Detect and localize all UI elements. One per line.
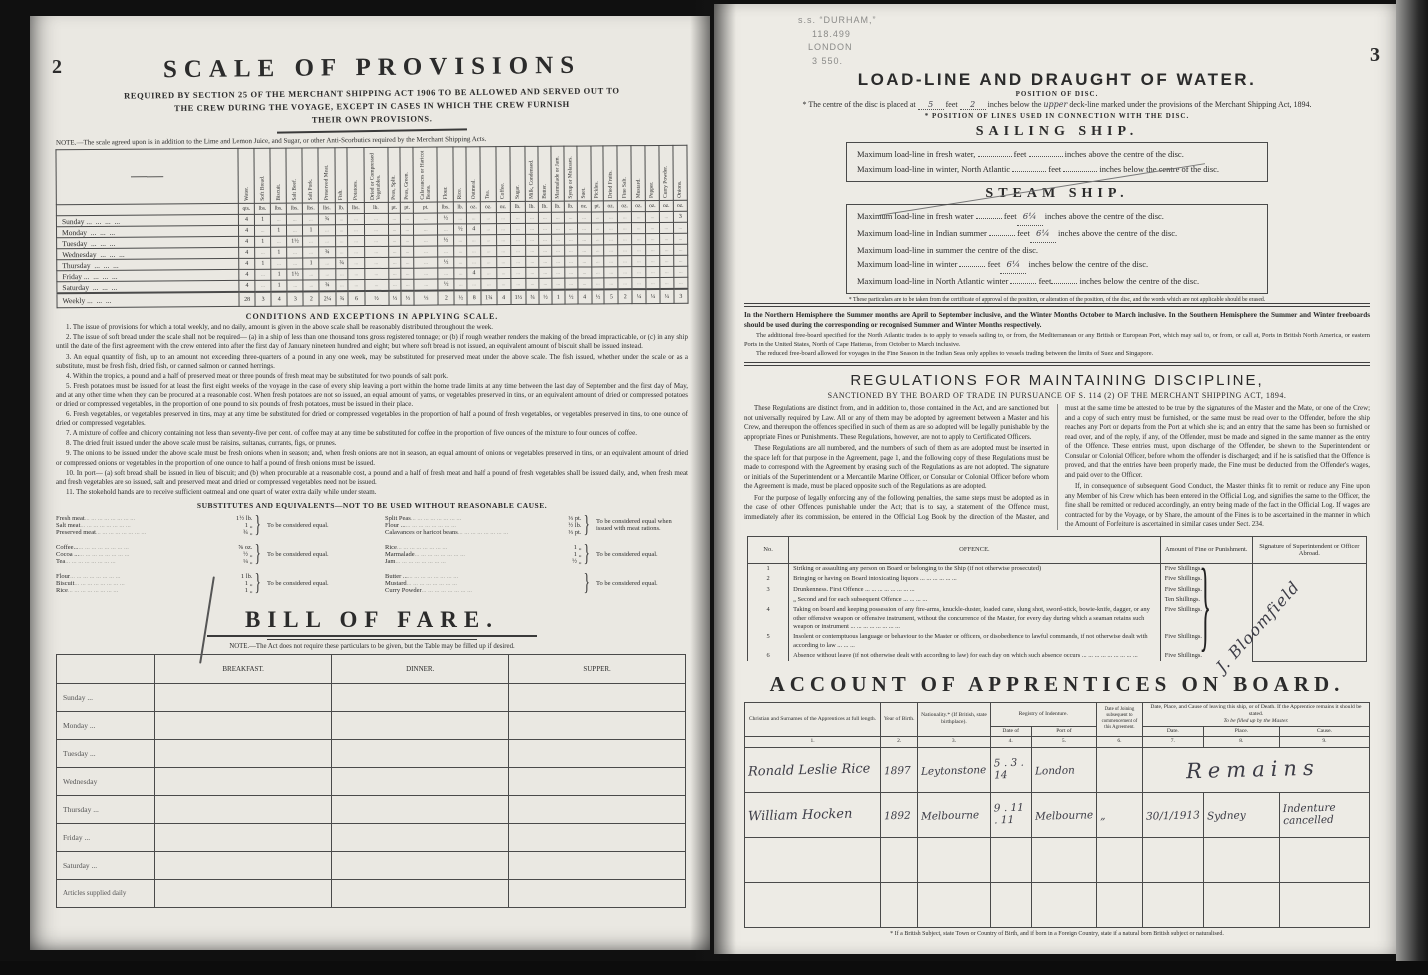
column-header-label: Peas, Split. — [391, 150, 397, 200]
quantity-cell: ... — [604, 267, 618, 278]
quantity-cell: ... — [335, 280, 348, 292]
quantity-cell: ... — [454, 268, 467, 279]
quantity-cell: ... — [364, 225, 388, 236]
quantity-cell: ... — [674, 256, 688, 267]
joining-date: „ — [1096, 792, 1142, 837]
position-of-disc-label: POSITION OF DISC. — [744, 90, 1370, 98]
bof-empty-cell — [509, 851, 686, 879]
quantity-cell: ... — [271, 258, 287, 269]
equivalents-row: Rice ... ... ... ... ... ... ... ...1 „ — [385, 544, 581, 551]
condition-item: 9. The onions to be issued under the abo… — [56, 449, 688, 467]
scan-edge-right — [1396, 0, 1428, 975]
leader-dots: ... ... ... ... ... ... ... ... — [395, 558, 569, 565]
centre-line-mid1: feet — [946, 100, 958, 109]
quantity-cell: 1 — [255, 258, 271, 269]
weekly-quantity-cell: ¼ — [646, 289, 660, 304]
inches-value-handwritten: 6¼ — [1000, 258, 1026, 274]
column-header-label: Preserved Meat. — [323, 151, 329, 201]
condition-item: 6. Fresh vegetables, or vegetables prese… — [56, 410, 688, 428]
quantity-cell: ... — [348, 214, 364, 225]
quantity-cell: ... — [591, 278, 604, 290]
group-brace: } — [255, 512, 261, 539]
quantity-cell: ... — [454, 235, 467, 246]
quantity-cell: 3 — [673, 212, 687, 223]
quantity-cell: ... — [632, 278, 646, 290]
weekly-quantity-cell: 4 — [271, 292, 287, 307]
scale-subtitle-line3: THEIR OWN PROVISIONS. — [312, 113, 433, 124]
quantity-cell: ... — [551, 212, 564, 223]
leaving-cause — [1279, 837, 1369, 882]
weekly-quantity-cell: 3 — [674, 289, 688, 304]
quantity-cell: ... — [632, 267, 646, 278]
unit-cell: lb. — [564, 201, 577, 212]
unit-cell: lbs. — [287, 203, 303, 214]
apprentice-year — [881, 837, 918, 882]
weekly-total-row: Weekly ... ... ...2834322¼¾6½⅓⅓⅓2½81¾41½… — [57, 289, 688, 308]
regulations-text: These Regulations are distinct from, and… — [744, 404, 1370, 530]
quantity-cell: 1 — [303, 225, 319, 236]
quantity-cell: ½ — [438, 235, 454, 246]
quantity-cell: ... — [287, 225, 303, 236]
blank-feet — [976, 218, 1002, 219]
column-header-label: Soft Bread. — [259, 151, 265, 201]
column-header-label: Milk, Condensed. — [529, 149, 535, 199]
centre-of-disc-line: * The centre of the disc is placed at 5 … — [744, 100, 1370, 110]
column-header-label: Dried or Compressed Vegetables. — [369, 150, 381, 200]
quantity-cell: 4 — [239, 281, 255, 293]
leader-dots: ... ... ... ... ... ... ... ... — [65, 558, 240, 565]
column-header-label: Syrup or Molasses. — [567, 149, 573, 199]
equivalents-row: Flour ... ... ... ... ... ... ... ... ..… — [385, 522, 581, 529]
unit-cell: qts. — [238, 204, 254, 215]
quantity-cell: ... — [481, 213, 497, 224]
bof-empty-cell — [509, 879, 686, 907]
quantity-cell: ... — [364, 247, 388, 258]
quantity-cell: ... — [577, 234, 591, 245]
item-name: Salt meat — [56, 522, 80, 529]
quantity-cell: ½ — [438, 257, 454, 268]
quantity-cell: ... — [604, 256, 618, 267]
blank-feet — [1010, 283, 1036, 284]
condition-item: 3. An equal quantity of fish, up to an a… — [56, 353, 688, 371]
quantity-cell: ... — [539, 245, 552, 256]
column-number: 7. — [1142, 736, 1203, 747]
column-header: Fine Salt. — [617, 146, 631, 201]
column-number: 5. — [1031, 736, 1096, 747]
unit-cell: lbs. — [319, 203, 335, 214]
steam-line: Maximum load-line in winter feet6¼ inche… — [857, 257, 1257, 274]
joining-date — [1096, 837, 1142, 882]
bof-empty-cell — [155, 739, 332, 767]
bof-day-row: Wednesday — [57, 767, 686, 795]
weekly-quantity-cell: ¾ — [336, 291, 349, 306]
item-value: 1 „ — [242, 587, 253, 594]
apprentices-column-header: Port of — [1031, 726, 1096, 736]
offence-text: Bringing or having on Board intoxicating… — [789, 574, 1161, 584]
item-name: Biscuit — [56, 580, 74, 587]
quantity-cell: 4 — [238, 226, 254, 237]
leaving-place-handwriting: Sydney — [1207, 809, 1246, 822]
equivalents-row: Salt meat ... ... ... ... ... ... ... ..… — [56, 522, 252, 529]
quantity-cell: ... — [660, 256, 674, 267]
bof-header-row: BREAKFAST.DINNER.SUPPER. — [57, 654, 686, 683]
bill-of-fare-table: BREAKFAST.DINNER.SUPPER.Sunday ...Monday… — [56, 654, 686, 908]
quantity-cell: ... — [510, 224, 526, 235]
item-name: Curry Powder — [385, 587, 422, 594]
unit-cell: oz. — [496, 202, 510, 213]
regulations-subtitle: SANCTIONED BY THE BOARD OF TRADE IN PURS… — [744, 391, 1370, 400]
quantity-cell: ¾ — [335, 258, 348, 269]
item-value — [578, 580, 581, 587]
joining-date — [1096, 747, 1142, 792]
apprentice-year-handwriting: 1897 — [884, 764, 911, 777]
quantity-cell: ... — [632, 234, 646, 245]
column-header: Onions. — [673, 146, 688, 201]
unit-cell: pt. — [591, 201, 604, 212]
group-label: To be considered equal. — [264, 551, 359, 558]
bof-day-row: Saturday ... — [57, 851, 686, 879]
quantity-cell: ... — [496, 268, 510, 279]
quantity-cell: ... — [577, 256, 591, 267]
bof-empty-cell — [332, 879, 509, 907]
leaving-place — [1203, 882, 1279, 927]
quantity-cell: ... — [319, 225, 335, 236]
quantity-cell: ... — [255, 269, 271, 280]
inches-value-handwritten — [1051, 283, 1077, 284]
meal-column-header: SUPPER. — [509, 654, 686, 683]
quantity-cell: ... — [510, 279, 526, 291]
group-label: To be considered equal. — [264, 522, 359, 529]
item-name: Jam — [385, 558, 395, 565]
column-header-label: Marmalade or Jam. — [554, 149, 560, 199]
equivalents-items: Flour ... ... ... ... ... ... ... ...1 l… — [56, 573, 252, 594]
bof-day-row: Sunday ... — [57, 683, 686, 711]
unit-cell: oz. — [618, 201, 632, 212]
quantity-cell: ... — [467, 257, 481, 268]
item-value: ⅝ oz. — [235, 544, 252, 551]
quantity-cell: ... — [510, 268, 526, 279]
apprentice-nationality: Leytonstone — [918, 747, 990, 792]
apprentice-year: 1892 — [881, 792, 918, 837]
quantity-cell: 1 — [303, 258, 319, 269]
quantity-cell: ... — [364, 280, 388, 292]
quantity-cell: ... — [481, 235, 497, 246]
item-name: Rice — [56, 587, 68, 594]
equivalents-group: Coffee... ... ... ... ... ... ... ... ..… — [56, 541, 359, 568]
column-header: Milk, Condensed. — [525, 147, 538, 202]
unit-cell: lbs. — [303, 203, 319, 214]
item-value: 1 „ — [242, 522, 253, 529]
indenture-port — [1031, 882, 1096, 927]
quantity-cell: 1 — [271, 225, 287, 236]
blank-inches — [1063, 171, 1097, 172]
quantity-cell: 1 — [271, 269, 287, 280]
bof-empty-cell — [509, 683, 686, 711]
quantity-cell: ... — [364, 258, 388, 269]
weekly-quantity-cell: ⅓ — [414, 291, 438, 306]
quantity-cell: ... — [364, 236, 388, 247]
quantity-cell: 1 — [271, 280, 287, 292]
apprentice-name — [745, 882, 881, 927]
bof-corner — [57, 654, 155, 683]
indenture-date-handwriting: 5 . 3 . 14 — [993, 757, 1028, 782]
blank-inches — [1029, 156, 1063, 157]
steam-ship-heading: STEAM SHIP. — [744, 186, 1370, 202]
right-page: 3 s.s. “DURHAM,” 118.499 LONDON 3 550. L… — [714, 4, 1396, 954]
quantity-cell: ... — [348, 280, 364, 292]
text: feet — [1015, 228, 1030, 238]
quantity-cell: ¾ — [319, 214, 335, 225]
group-brace: } — [584, 570, 590, 597]
quantity-cell: ... — [481, 279, 497, 291]
column-header-label: Fish. — [338, 150, 344, 200]
load-line-title: LOAD-LINE AND DRAUGHT OF WATER. — [744, 70, 1370, 90]
leader-dots: ... ... ... ... ... ... ... ... — [397, 544, 571, 551]
text: inches below the centre of the disc. — [1026, 259, 1148, 269]
apprentice-nationality-handwriting: Leytonstone — [921, 764, 987, 778]
inches-value-handwritten: 6¼ — [1017, 210, 1043, 226]
bof-day-label: Tuesday ... — [57, 739, 155, 767]
leaving-group-note: To be filled up by the Master. — [1145, 718, 1367, 725]
column-header: Syrup or Molasses. — [564, 146, 577, 201]
page-number-right: 3 — [1370, 44, 1380, 67]
quantity-cell: ... — [481, 268, 497, 279]
indenture-port: London — [1031, 747, 1096, 792]
quantity-cell: ¾ — [319, 247, 335, 258]
centre-line-mid2: inches below the — [988, 100, 1042, 109]
column-header: Fish. — [335, 148, 348, 203]
indenture-port: Melbourne — [1031, 792, 1096, 837]
text: feet — [1014, 149, 1027, 159]
quantity-cell: ½ — [454, 224, 467, 235]
column-header: Biscuit. — [270, 148, 286, 203]
equivalents-group: Fresh meat ... ... ... ... ... ... ... .… — [56, 512, 359, 539]
quantity-cell: ... — [618, 267, 632, 278]
item-name: Cocoa ... — [56, 551, 79, 558]
text: Maximum load-line in winter — [857, 259, 959, 269]
unit-cell: oz. — [480, 202, 496, 213]
title-rule — [277, 129, 467, 134]
quantity-cell: ... — [496, 235, 510, 246]
bof-empty-cell — [155, 767, 332, 795]
group-label: To be considered equal when issued with … — [593, 518, 688, 532]
quantity-cell: ... — [551, 223, 564, 234]
bof-empty-cell — [332, 795, 509, 823]
quantity-cell: ... — [401, 213, 414, 224]
column-header: Suet. — [577, 146, 591, 201]
bof-day-row: Monday ... — [57, 711, 686, 739]
quantity-cell: 1½ — [287, 236, 303, 247]
provisions-table: ——Water.Soft Bread.Biscuit.Salt Beef.Sal… — [55, 145, 688, 308]
item-value: 1 lb. — [238, 573, 253, 580]
text: feet — [1002, 211, 1017, 221]
quantity-cell: ... — [526, 224, 539, 235]
weekly-quantity-cell: 2¼ — [319, 292, 335, 307]
bof-empty-cell — [509, 711, 686, 739]
equivalents-row: Rice ... ... ... ... ... ... ... ...1 „ — [56, 587, 252, 594]
apprentice-row: Ronald Leslie Rice1897Leytonstone5 . 3 .… — [745, 747, 1370, 792]
unit-cell: lbs. — [254, 203, 270, 214]
hemisphere-note-1: The additional free-board specified for … — [744, 332, 1370, 349]
scale-of-provisions-title: SCALE OF PROVISIONS — [56, 51, 688, 86]
column-header: Sugar. — [510, 147, 526, 202]
quantity-cell: ... — [319, 258, 335, 269]
weekly-quantity-cell: 1¾ — [481, 290, 497, 305]
ship-stamp: s.s. “DURHAM,” 118.499 LONDON 3 550. — [798, 14, 1370, 68]
quantity-cell: ... — [564, 212, 577, 223]
unit-cell: oz. — [632, 201, 646, 212]
weekly-quantity-cell: 3 — [287, 292, 303, 307]
column-header: Tea. — [480, 147, 496, 202]
column-header-label: Tea. — [485, 149, 491, 199]
quantity-cell: ... — [564, 234, 577, 245]
quantity-cell: ... — [303, 236, 319, 247]
column-header: Coffee. — [496, 147, 510, 202]
equivalents-row: Butter ... ... ... ... ... ... ... ... .… — [385, 573, 581, 580]
item-value — [578, 573, 581, 580]
quantity-cell: ... — [255, 280, 271, 292]
substitutes-right-column: Split Peas ... ... ... ... ... ... ... .… — [385, 512, 688, 599]
weekly-quantity-cell: ¼ — [660, 289, 674, 304]
apprentice-nationality: Melbourne — [918, 792, 990, 837]
quantity-cell: ... — [454, 257, 467, 268]
weekly-quantity-cell: ⅓ — [401, 291, 414, 306]
equivalents-items: Split Peas ... ... ... ... ... ... ... .… — [385, 515, 581, 536]
bof-day-label: Wednesday — [57, 767, 155, 795]
item-name: Butter ... — [385, 573, 408, 580]
column-header-label: Potatoes. — [352, 150, 358, 200]
apprentices-footnote: * If a British Subject, state Town or Co… — [744, 931, 1370, 937]
bof-day-label: Articles sup­plied daily — [57, 879, 155, 907]
column-header-label: Coffee. — [500, 149, 506, 199]
offence-number — [748, 595, 789, 605]
unit-cell: lb. — [525, 202, 538, 213]
scan-edge-bottom — [0, 961, 1428, 975]
quantity-cell: ... — [673, 223, 687, 234]
quantity-cell: ... — [618, 212, 632, 223]
quantity-cell: ... — [632, 223, 646, 234]
quantity-cell: ... — [287, 247, 303, 258]
conditions-heading: CONDITIONS AND EXCEPTIONS IN APPLYING SC… — [56, 312, 688, 321]
item-name: Calavances or haricot beans — [385, 529, 458, 536]
steam-line: Maximum load-line in fresh water feet6¼ … — [857, 209, 1257, 226]
quantity-cell: ... — [364, 269, 388, 280]
item-value — [578, 587, 581, 594]
quantity-cell: ... — [552, 267, 565, 278]
bof-empty-cell — [509, 795, 686, 823]
scale-subtitle-line2: THE CREW DURING THE VOYAGE, EXCEPT IN CA… — [174, 99, 570, 113]
bof-day-label: Saturday ... — [57, 851, 155, 879]
condition-item: 11. The stokehold hands are to receive s… — [56, 488, 688, 497]
item-value: 1 „ — [571, 544, 582, 551]
unit-cell: oz. — [659, 201, 673, 212]
quantity-cell: ... — [414, 268, 438, 279]
indenture-date: 9 . 11 . 11 — [990, 792, 1031, 837]
apprentice-row — [745, 837, 1370, 882]
quantity-cell: ... — [564, 245, 577, 256]
column-header-label: Onions. — [677, 148, 683, 198]
apprentice-year: 1897 — [881, 747, 918, 792]
sailing-ship-heading: SAILING SHIP. — [744, 124, 1370, 140]
weekly-quantity-cell: 1½ — [511, 290, 527, 305]
unit-cell: lbs. — [438, 202, 454, 213]
quantity-cell: ... — [565, 278, 578, 290]
column-header-label: Peas, Green. — [404, 150, 410, 200]
indenture-date-handwriting: 9 . 11 . 11 — [993, 802, 1028, 827]
text: inches below the centre of the disc. — [1099, 164, 1219, 174]
bof-empty-cell — [155, 851, 332, 879]
quantity-cell: ... — [388, 269, 401, 280]
quantity-cell: ... — [673, 245, 687, 256]
quantity-cell: ... — [565, 267, 578, 278]
item-name: Flour ... — [385, 522, 406, 529]
quantity-cell: ... — [578, 278, 592, 290]
quantity-cell: ... — [526, 235, 539, 246]
quantity-cell: ... — [454, 213, 467, 224]
position-of-lines-label: * POSITION OF LINES USED IN CONNECTION W… — [744, 112, 1370, 120]
substitutes-heading: SUBSTITUTES AND EQUIVALENTS—NOT TO BE US… — [56, 501, 688, 510]
column-header: Pickles. — [591, 146, 604, 201]
quantity-cell: ... — [401, 235, 414, 246]
quantity-cell: ... — [467, 246, 481, 257]
equivalents-row: Fresh meat ... ... ... ... ... ... ... .… — [56, 515, 252, 522]
equivalents-group: Rice ... ... ... ... ... ... ... ...1 „M… — [385, 541, 688, 568]
column-header-label: Salt Beef. — [291, 151, 297, 201]
quantity-cell: ... — [364, 214, 388, 225]
quantity-cell: ... — [467, 279, 481, 291]
text: Maximum load-line in Indian summer — [857, 228, 989, 238]
quantity-cell: ... — [303, 247, 319, 258]
equivalents-row: Flour ... ... ... ... ... ... ... ...1 l… — [56, 573, 252, 580]
offence-number: 4 — [748, 605, 789, 632]
quantity-cell: ... — [618, 256, 632, 267]
apprentices-column-header: Date. — [1142, 726, 1203, 736]
unit-cell: oz. — [673, 201, 687, 212]
quantity-cell: ... — [401, 257, 414, 268]
leader-dots: ... ... ... ... ... ... ... ... — [80, 522, 241, 529]
quantity-cell: ... — [660, 234, 674, 245]
quantity-cell: ... — [438, 224, 454, 235]
quantity-cell: ... — [414, 257, 438, 268]
indenture-date — [990, 882, 1031, 927]
offence-text: „ Second and for each subsequent Offence… — [789, 595, 1161, 605]
quantity-cell: ... — [335, 269, 348, 280]
weekly-quantity-cell: ½ — [364, 291, 388, 306]
regulations-paragraph: If, in consequence of subsequent Good Co… — [1065, 482, 1370, 530]
double-rule — [744, 362, 1370, 366]
leader-dots: ... ... ... ... ... ... ... ... — [406, 522, 566, 529]
unit-cell: lb. — [510, 202, 526, 213]
quantity-cell: ... — [388, 225, 401, 236]
column-header: Curry Powder. — [659, 146, 673, 201]
quantity-cell: ... — [414, 279, 438, 291]
quantity-cell: ... — [526, 246, 539, 257]
quantity-cell: ... — [539, 267, 552, 278]
text: inches above the centre of the disc. — [1043, 211, 1164, 221]
offence-text: Taking on board and keeping possession o… — [789, 605, 1161, 632]
leader-dots: ... ... ... ... ... ... ... ... — [74, 580, 241, 587]
quantity-cell: ... — [388, 247, 401, 258]
quantity-cell: ... — [577, 223, 591, 234]
quantity-cell: ... — [335, 214, 348, 225]
leader-dots: ... ... ... ... ... ... ... ... — [415, 551, 571, 558]
bof-empty-cell — [509, 739, 686, 767]
leader-dots: ... ... ... ... ... ... ... ... — [78, 544, 235, 551]
equivalents-items: Fresh meat ... ... ... ... ... ... ... .… — [56, 515, 252, 536]
bof-empty-cell — [155, 795, 332, 823]
item-name: Marmalade — [385, 551, 415, 558]
group-brace: } — [584, 541, 590, 568]
